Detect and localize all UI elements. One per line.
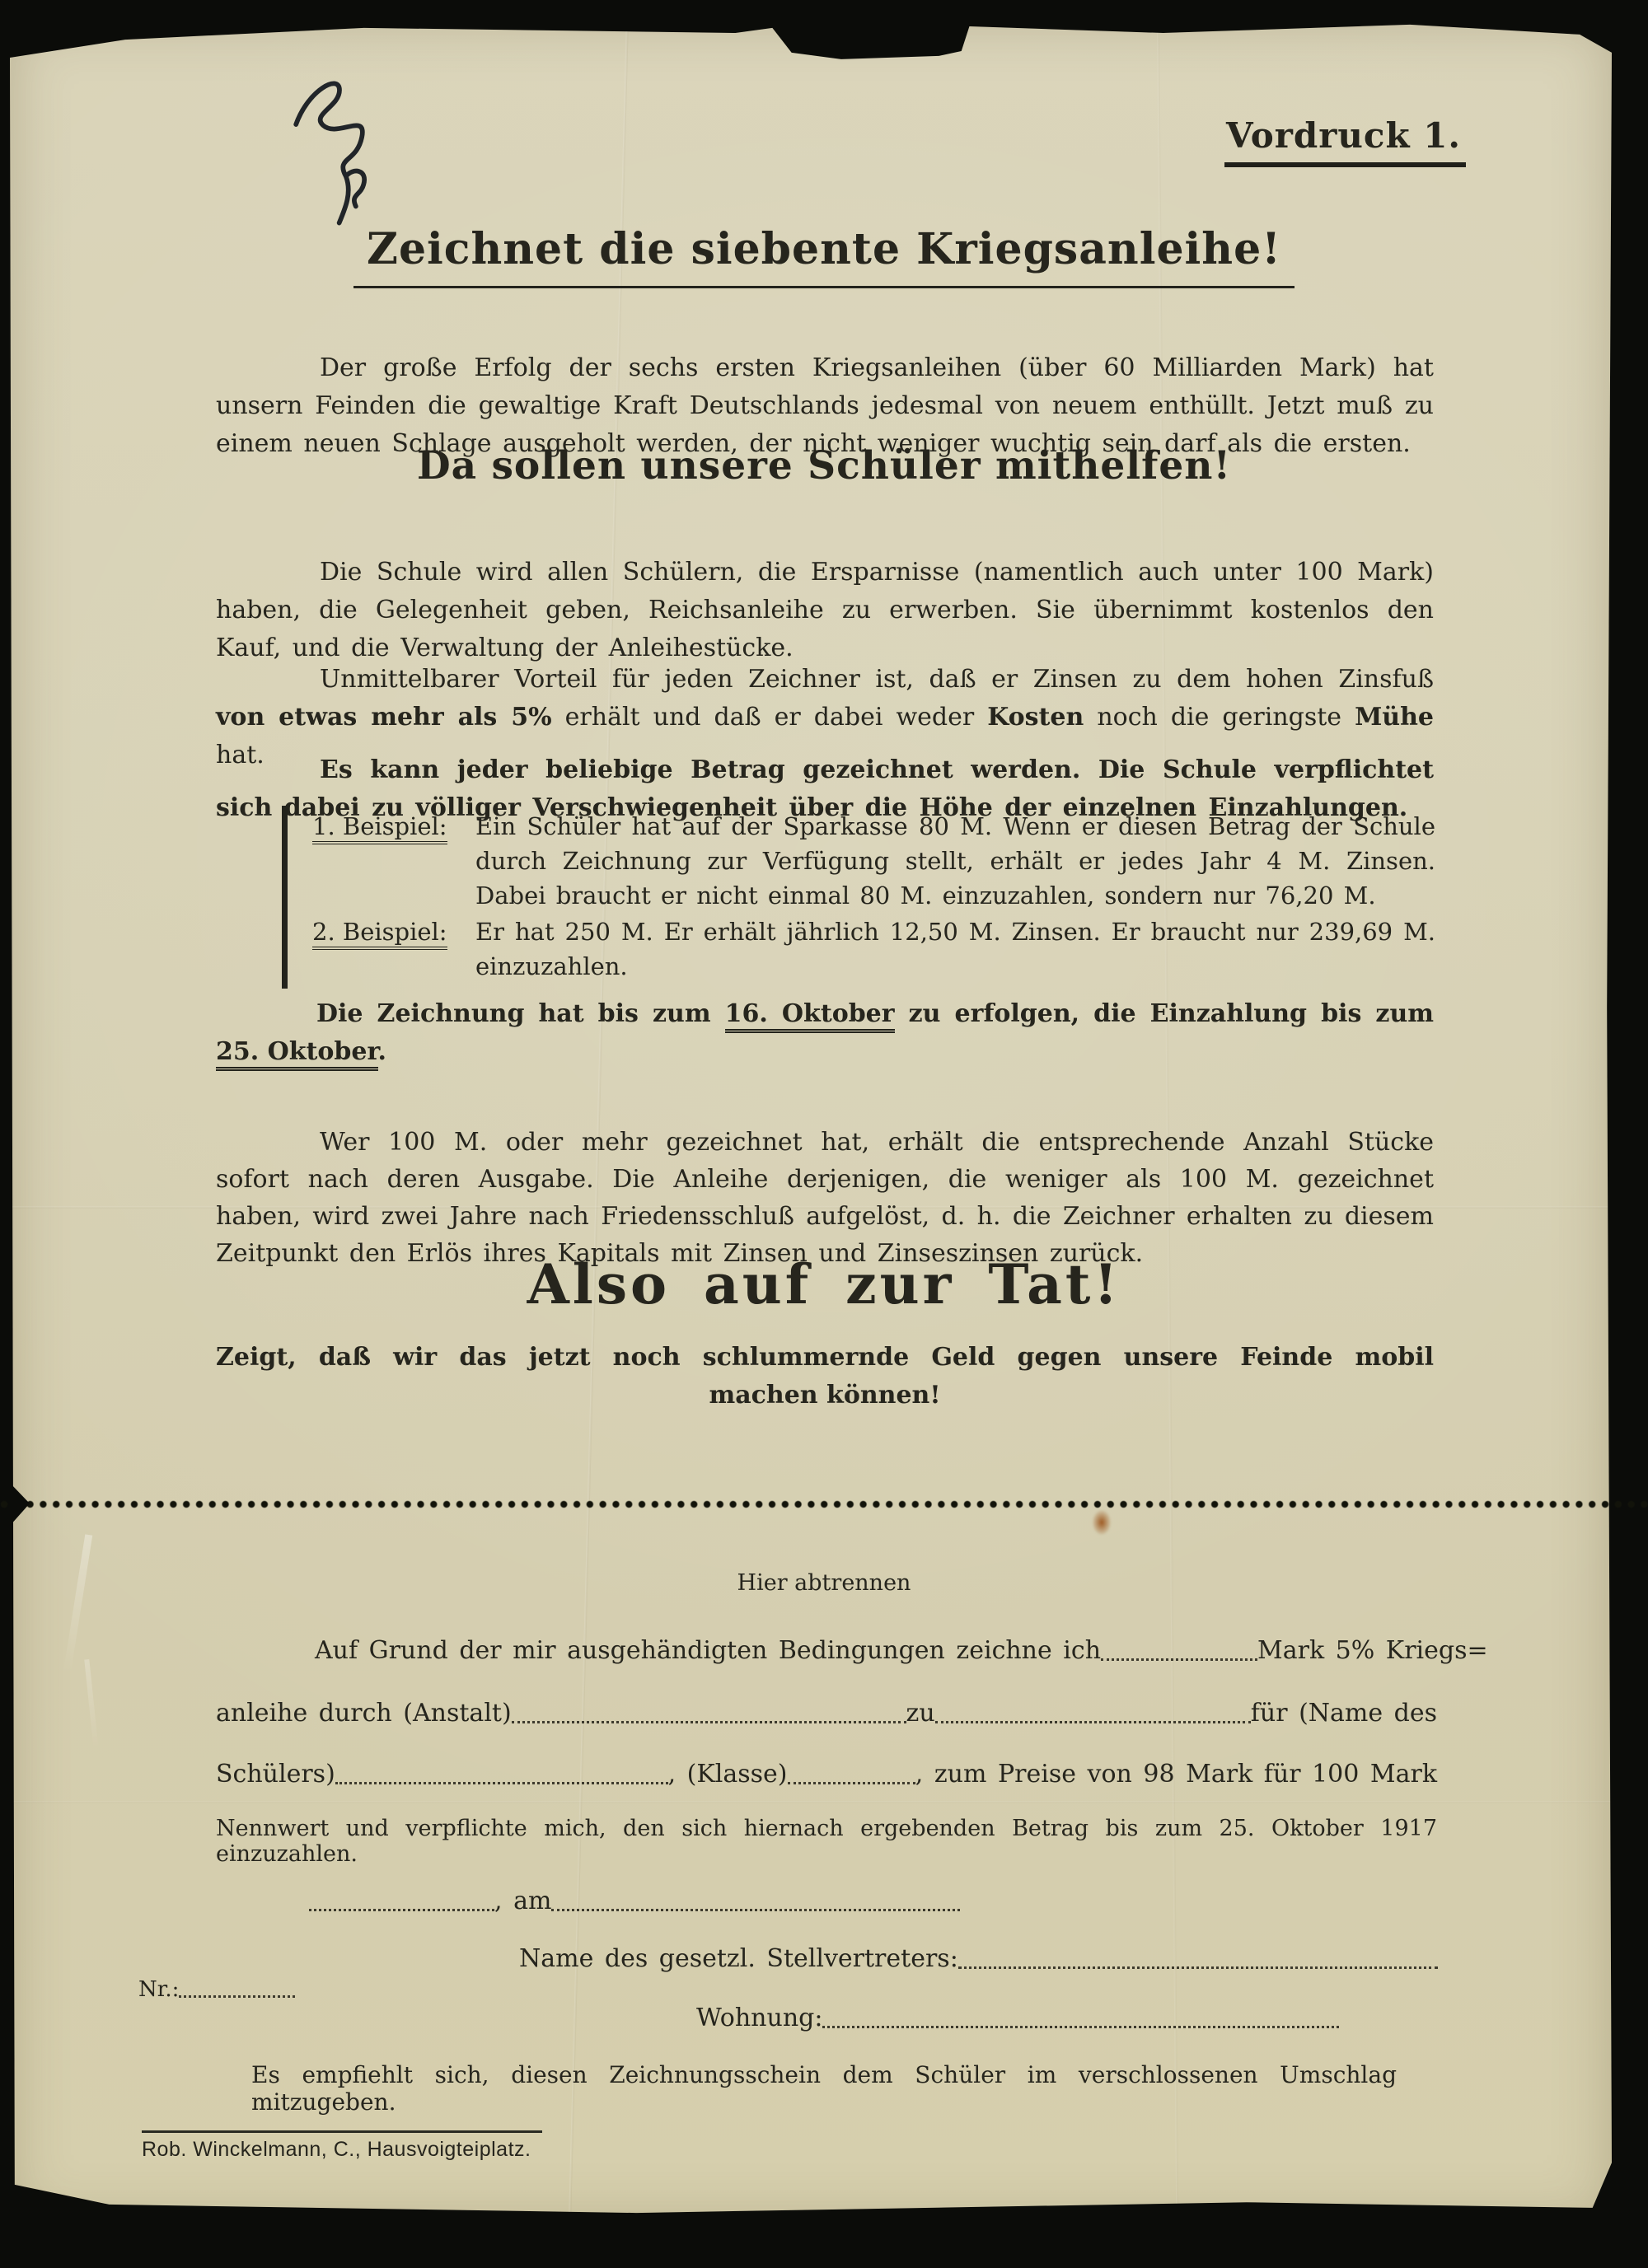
allotment-paragraph: Wer 100 M. oder mehr gezeichnet hat, erh… bbox=[216, 1124, 1434, 1272]
blank-student-name bbox=[335, 1782, 668, 1784]
representative-label: Name des gesetzl. Stellvertreters: bbox=[519, 1944, 958, 1973]
blank-class bbox=[788, 1782, 915, 1784]
form-tag: Vordruck 1. bbox=[1224, 115, 1466, 167]
advantage-bold-rate: von etwas mehr als 5% bbox=[216, 703, 552, 732]
date-label: , am bbox=[494, 1887, 551, 1915]
example-1-text: Ein Schüler hat auf der Sparkasse 80 M. … bbox=[475, 809, 1435, 913]
blank-representative-name bbox=[958, 1966, 1438, 1969]
form-line-3-end: , zum Preise von 98 Mark für 100 Mark bbox=[915, 1760, 1437, 1789]
printer-imprint-row: Rob. Winckelmann, C., Hausvoigteiplatz. bbox=[142, 2130, 542, 2162]
form-line-2-mid: zu bbox=[906, 1699, 935, 1728]
appeal-heading: Da sollen unsere Schüler mithelfen! bbox=[214, 443, 1434, 489]
example-item: 2. Beispiel: Er hat 250 M. Er erhält jäh… bbox=[312, 914, 1435, 984]
blank-date bbox=[551, 1909, 960, 1911]
form-line-1-text: Auf Grund der mir ausgehändigten Bedingu… bbox=[216, 1636, 1101, 1665]
cut-here-label: Hier abtrennen bbox=[214, 1570, 1434, 1596]
example-item: 1. Beispiel: Ein Schüler hat auf der Spa… bbox=[312, 809, 1435, 913]
blank-residence bbox=[822, 2026, 1339, 2028]
form-line-2-text: anleihe durch (Anstalt) bbox=[216, 1699, 512, 1728]
rust-stain bbox=[1089, 1508, 1114, 1541]
call-to-action-line-2: machen können! bbox=[216, 1381, 1434, 1410]
call-to-action-line-1: Zeigt, daß wir das jetzt noch schlummern… bbox=[216, 1343, 1434, 1372]
example-2-text: Er hat 250 M. Er erhält jährlich 12,50 M… bbox=[475, 914, 1435, 984]
number-line: Nr.: bbox=[138, 1977, 295, 2002]
blank-signature-place bbox=[309, 1909, 494, 1911]
printer-imprint: Rob. Winckelmann, C., Hausvoigteiplatz. bbox=[142, 2130, 542, 2162]
fold-crease-horizontal-lower bbox=[10, 1801, 1612, 1803]
document-title-row: Zeichnet die siebente Kriegsanleihe! bbox=[214, 224, 1434, 288]
residence-label: Wohnung: bbox=[696, 2004, 822, 2032]
advantage-text-1: Unmittelbarer Vorteil für jeden Zeichner… bbox=[320, 665, 1434, 694]
form-line-2: anleihe durch (Anstalt) zu für (Name des bbox=[216, 1699, 1437, 1728]
form-tag-label: Vordruck 1. bbox=[1224, 115, 1466, 167]
example-2-label: 2. Beispiel: bbox=[312, 918, 447, 950]
advantage-bold-costs: Kosten bbox=[987, 703, 1084, 732]
form-line-1: Auf Grund der mir ausgehändigten Bedingu… bbox=[216, 1636, 1437, 1665]
form-line-1-tail: Mark 5% Kriegs= bbox=[1257, 1636, 1488, 1665]
blank-institution bbox=[512, 1721, 906, 1723]
deadline-line-1: Die Zeichnung hat bis zum 16. Oktober zu… bbox=[216, 995, 1434, 1033]
deadline-text-2: zu erfolgen, die Einzahlung bis zum bbox=[895, 999, 1434, 1028]
document-title: Zeichnet die siebente Kriegsanleihe! bbox=[353, 224, 1295, 288]
deadline-date-payment: 25. Oktober bbox=[216, 1037, 378, 1071]
handwritten-mark bbox=[277, 56, 420, 239]
place-date-line: , am bbox=[309, 1887, 960, 1915]
scanned-document-photo: Vordruck 1. Zeichnet die siebente Kriegs… bbox=[0, 0, 1648, 2268]
left-edge-crease-small bbox=[84, 1659, 98, 1750]
school-paragraph: Die Schule wird allen Schülern, die Ersp… bbox=[216, 554, 1434, 667]
blank-amount bbox=[1101, 1658, 1257, 1661]
blank-number bbox=[179, 1995, 295, 1998]
example-2-label-cell: 2. Beispiel: bbox=[312, 914, 466, 984]
deadline-line-2: 25. Oktober. bbox=[216, 1033, 1434, 1071]
advantage-bold-effort: Mühe bbox=[1355, 703, 1434, 732]
envelope-note: Es empfiehlt sich, diesen Zeichnungssche… bbox=[251, 2061, 1397, 2116]
examples-block: 1. Beispiel: Ein Schüler hat auf der Spa… bbox=[282, 806, 1435, 989]
deadline-date-subscription: 16. Oktober bbox=[725, 999, 895, 1033]
deadline-text-1: Die Zeichnung hat bis zum bbox=[316, 999, 725, 1028]
perforation-dotted-line bbox=[0, 1499, 1648, 1510]
advantage-text-2: erhält und daß er dabei weder bbox=[552, 703, 988, 732]
blank-place bbox=[935, 1721, 1251, 1723]
form-line-3: Schülers) , (Klasse) , zum Preise von 98… bbox=[216, 1760, 1437, 1789]
example-1-label-cell: 1. Beispiel: bbox=[312, 809, 466, 913]
advantage-text-3: noch die geringste bbox=[1084, 703, 1355, 732]
number-label: Nr.: bbox=[138, 1977, 179, 2002]
left-edge-crease bbox=[63, 1534, 92, 1673]
residence-line: Wohnung: bbox=[696, 2004, 1339, 2032]
form-line-3-mid: , (Klasse) bbox=[668, 1760, 788, 1789]
form-line-3-start: Schülers) bbox=[216, 1760, 335, 1789]
call-to-action-heading: Also auf zur Tat! bbox=[214, 1252, 1434, 1316]
example-1-label: 1. Beispiel: bbox=[312, 812, 447, 844]
form-line-2-end: für (Name des bbox=[1251, 1699, 1437, 1728]
deadline-text-3: . bbox=[378, 1037, 386, 1066]
representative-line: Name des gesetzl. Stellvertreters: bbox=[519, 1944, 1438, 1973]
form-line-4: Nennwert und verpflichte mich, den sich … bbox=[216, 1816, 1437, 1867]
